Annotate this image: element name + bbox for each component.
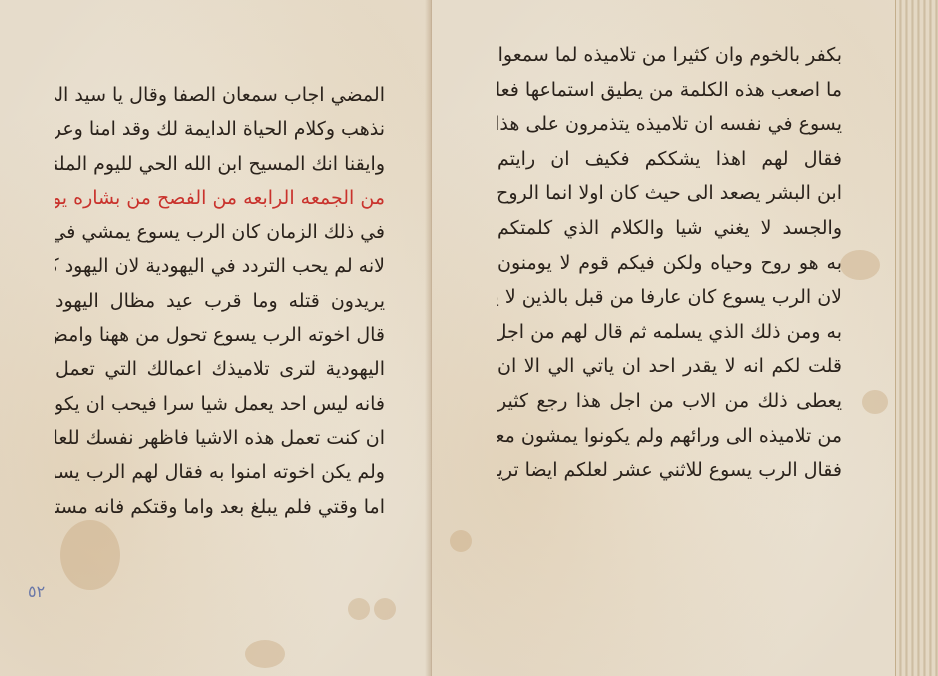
text-line: ما اصعب هذه الكلمة من يطيق استماعها فعلم… bbox=[497, 73, 842, 108]
manuscript-spread: المضي اجاب سمعان الصفا وقال يا سيد الى م… bbox=[0, 0, 938, 676]
right-page-text: بكفر بالخوم وان كثيرا من تلاميذه لما سمع… bbox=[497, 38, 842, 488]
text-line: في ذلك الزمان كان الرب يسوع يمشي في الجل… bbox=[55, 215, 385, 249]
text-line: نذهب وكلام الحياة الدايمة لك وقد امنا وع… bbox=[55, 112, 385, 146]
text-line: يعطى ذلك من الاب من اجل هذا رجع كثير bbox=[497, 384, 842, 419]
text-line: به ومن ذلك الذي يسلمه ثم قال لهم من اجل … bbox=[497, 315, 842, 350]
text-line: وايقنا انك المسيح ابن الله الحي لليوم ال… bbox=[55, 147, 385, 181]
water-stain bbox=[840, 250, 880, 280]
folio-number: ٥٢ bbox=[28, 582, 45, 601]
text-line: لان الرب يسوع كان عارفا من قبل بالذين لا… bbox=[497, 280, 842, 315]
text-line: المضي اجاب سمعان الصفا وقال يا سيد الى م… bbox=[55, 78, 385, 112]
rubric-line: من الجمعه الرابعه من الفصح من بشاره يوحن… bbox=[55, 181, 385, 215]
text-line: اما وقتي فلم يبلغ بعد واما وقتكم فانه مس… bbox=[55, 490, 385, 524]
left-page-text: المضي اجاب سمعان الصفا وقال يا سيد الى م… bbox=[55, 78, 385, 524]
text-line: قلت لكم انه لا يقدر احد ان ياتي الي الا … bbox=[497, 349, 842, 384]
text-line: من تلاميذه الى ورائهم ولم يكونوا يمشون م… bbox=[497, 419, 842, 454]
water-stain bbox=[862, 390, 888, 414]
ink-blot bbox=[374, 598, 396, 620]
text-line: به هو روح وحياه ولكن فيكم قوم لا يومنون bbox=[497, 246, 842, 281]
text-line: لانه لم يحب التردد في اليهودية لان اليهو… bbox=[55, 249, 385, 283]
water-stain bbox=[245, 640, 285, 668]
text-line: يريدون قتله وما قرب عيد مظال اليهود bbox=[55, 284, 385, 318]
left-page: المضي اجاب سمعان الصفا وقال يا سيد الى م… bbox=[0, 0, 432, 676]
right-page: بكفر بالخوم وان كثيرا من تلاميذه لما سمع… bbox=[432, 0, 900, 676]
text-line: قال اخوته الرب يسوع تحول من ههنا وامض ال… bbox=[55, 318, 385, 352]
text-line: ابن البشر يصعد الى حيث كان اولا انما الر… bbox=[497, 176, 842, 211]
text-line: بكفر بالخوم وان كثيرا من تلاميذه لما سمع… bbox=[497, 38, 842, 73]
text-line: ولم يكن اخوته امنوا به فقال لهم الرب يسو… bbox=[55, 455, 385, 489]
page-fore-edges bbox=[895, 0, 938, 676]
text-line: فقال الرب يسوع للاثني عشر لعلكم ايضا تري… bbox=[497, 453, 842, 488]
text-line: اليهودية لترى تلاميذك اعمالك التي تعمل bbox=[55, 352, 385, 386]
water-stain bbox=[60, 520, 120, 590]
text-line: فقال لهم اهذا يشككم فكيف ان رايتم bbox=[497, 142, 842, 177]
text-line: ان كنت تعمل هذه الاشيا فاظهر نفسك للعالم bbox=[55, 421, 385, 455]
text-line: فانه ليس احد يعمل شيا سرا فيحب ان يكون ع… bbox=[55, 387, 385, 421]
text-line: والجسد لا يغني شيا والكلام الذي كلمتكم bbox=[497, 211, 842, 246]
water-stain bbox=[450, 530, 472, 552]
ink-blot bbox=[348, 598, 370, 620]
text-line: يسوع في نفسه ان تلاميذه يتذمرون على هذا bbox=[497, 107, 842, 142]
